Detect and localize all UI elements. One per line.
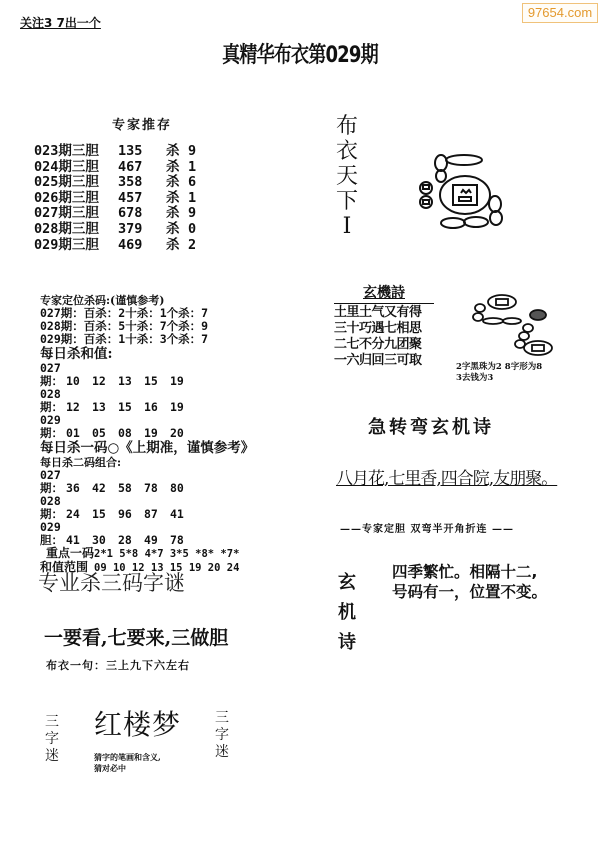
num: 01 — [66, 427, 92, 440]
poem-line: 三十巧遇七相思 — [334, 321, 434, 337]
expert-row: 024期三胆467杀1 — [34, 160, 196, 176]
kill-label: 杀 — [166, 238, 188, 254]
numbers: 135 — [118, 144, 166, 160]
xuanji-line: 四季繁忙。相隔十二, — [392, 562, 547, 582]
positioning-block: 专家定位杀码:(谨慎参考) 027期：百杀：2十杀：1个杀：7 028期：百杀：… — [40, 294, 254, 575]
num: 08 — [118, 427, 144, 440]
kill-number: 1 — [188, 160, 196, 176]
char: 迷 — [214, 744, 230, 761]
two-code-label: 028期： — [40, 495, 66, 521]
kill-label: 杀 — [166, 222, 188, 238]
kill-number: 2 — [188, 238, 196, 254]
period: 025期三胆 — [34, 175, 118, 191]
poem-line: 二七不分九团聚 — [334, 337, 434, 353]
buyi-vertical-title: 布 衣 天 下 I — [334, 114, 360, 239]
char: 迷 — [44, 748, 60, 765]
kill-label: 杀 — [166, 206, 188, 222]
kill-number: 1 — [188, 191, 196, 207]
kill-label: 杀 — [166, 144, 188, 160]
expert-list: 023期三胆135杀9 024期三胆467杀1 025期三胆358杀6 026期… — [34, 144, 196, 253]
two-code-row: 028期：2415968741 — [40, 495, 254, 521]
expert-row: 025期三胆358杀6 — [34, 175, 196, 191]
num: 15 — [144, 375, 170, 388]
num: 36 — [66, 482, 92, 495]
char: 字 — [214, 727, 230, 744]
kill-number: 0 — [188, 222, 196, 238]
num: 30 — [92, 534, 118, 547]
period: 029期三胆 — [34, 238, 118, 254]
num: 16 — [144, 401, 170, 414]
numbers: 469 — [118, 238, 166, 254]
sum-row: 029期：0105081920 — [40, 414, 254, 440]
num: 15 — [118, 401, 144, 414]
char: 布 — [334, 114, 360, 139]
positioning-row: 029期：百杀：1十杀：3个杀：7 — [40, 333, 254, 346]
xuanji-line: 号码有一，位置不变。 — [392, 582, 547, 602]
caption-line: 3去钱为3 — [456, 373, 586, 384]
two-code-label: 029胆： — [40, 521, 66, 547]
poem-line: 土里土气又有得 — [334, 305, 434, 321]
kill-label: 杀 — [166, 160, 188, 176]
top-note: 关注3 7出一个 — [20, 14, 101, 31]
key-code-row: 重点一码2*1 5*8 4*7 3*5 *8* *7* — [40, 547, 254, 561]
num: 20 — [170, 427, 196, 440]
xuanji-vertical-title: 玄 机 诗 — [336, 568, 358, 658]
char: 衣 — [334, 139, 360, 164]
expert-dan-banner: ——专家定胆 双弯半开角折连 —— — [340, 520, 514, 535]
sum-row-label: 029期： — [40, 414, 66, 440]
riddle-left-vertical: 三 字 迷 — [44, 714, 60, 765]
period: 028期三胆 — [34, 222, 118, 238]
num: 80 — [170, 482, 196, 495]
char: 玄 — [336, 568, 358, 598]
expert-row: 028期三胆379杀0 — [34, 222, 196, 238]
chain-puzzle-caption: 2字黑珠为2 8字形为8 3去钱为3 — [456, 362, 586, 384]
num: 78 — [170, 534, 196, 547]
two-code-label: 027期： — [40, 469, 66, 495]
num: 42 — [92, 482, 118, 495]
num: 19 — [170, 375, 196, 388]
sum-row-label: 028期： — [40, 388, 66, 414]
num: 05 — [92, 427, 118, 440]
num: 15 — [92, 508, 118, 521]
expert-row: 027期三胆678杀9 — [34, 206, 196, 222]
num: 87 — [144, 508, 170, 521]
sum-row: 028期：1213151619 — [40, 388, 254, 414]
coin-puzzle-image — [415, 140, 525, 234]
poem-lines: 土里土气又有得 三十巧遇七相思 二七不分九团聚 一六归回三可取 — [334, 305, 434, 369]
watermark-badge: 97654.com — [522, 3, 598, 23]
numbers: 467 — [118, 160, 166, 176]
kill-number: 9 — [188, 144, 196, 160]
key-code-value: 2*1 5*8 4*7 3*5 *8* *7* — [94, 548, 239, 560]
char: 三 — [214, 710, 230, 727]
num: 78 — [144, 482, 170, 495]
riddle-hint: 布衣一句：三上九下六左右 — [46, 657, 190, 673]
hongloumeng-note: 猜字的笔画和含义,猜对必中 — [94, 752, 164, 774]
num: 49 — [144, 534, 170, 547]
num: 12 — [66, 401, 92, 414]
kill-label: 杀 — [166, 175, 188, 191]
numbers: 457 — [118, 191, 166, 207]
two-code-row: 029胆：4130284978 — [40, 521, 254, 547]
char: 机 — [336, 598, 358, 628]
page-title: 真精华布衣第029期 — [54, 38, 546, 69]
key-code-label: 重点一码 — [46, 547, 94, 560]
num: 58 — [118, 482, 144, 495]
num: 28 — [118, 534, 144, 547]
numbers: 358 — [118, 175, 166, 191]
riddle-line: 一要看,七要来,三做胆 — [44, 623, 228, 650]
expert-row: 029期三胆469杀2 — [34, 238, 196, 254]
two-code-row: 027期：3642587880 — [40, 469, 254, 495]
char: 字 — [44, 731, 60, 748]
kill-number: 9 — [188, 206, 196, 222]
xuanji-poem-box: 玄機詩 土里土气又有得 三十巧遇七相思 二七不分九团聚 一六归回三可取 — [334, 282, 434, 369]
poem-title: 玄機詩 — [334, 282, 434, 304]
char: I — [334, 214, 360, 239]
sum-title: 每日杀和值: — [40, 346, 254, 362]
riddle-right-vertical: 三 字 迷 — [214, 710, 230, 761]
two-code-title: 每日杀二码组合: — [40, 456, 254, 469]
num: 24 — [66, 508, 92, 521]
char: 下 — [334, 189, 360, 214]
caption-line: 2字黑珠为2 8字形为8 — [456, 362, 586, 373]
riddle-title: 专业杀三码字谜 — [38, 567, 185, 597]
period: 023期三胆 — [34, 144, 118, 160]
num: 13 — [118, 375, 144, 388]
num: 19 — [144, 427, 170, 440]
chain-puzzle-image — [470, 290, 560, 364]
expert-title: 专家推存 — [112, 114, 172, 133]
sum-row-label: 027期： — [40, 362, 66, 388]
num: 19 — [170, 401, 196, 414]
sum-row: 027期：1012131519 — [40, 362, 254, 388]
period: 027期三胆 — [34, 206, 118, 222]
kill-number: 6 — [188, 175, 196, 191]
brainteaser-line: 八月花,七里香,四合院,友朋聚。 — [336, 464, 557, 489]
xuanji-poem-lines: 四季繁忙。相隔十二, 号码有一，位置不变。 — [392, 562, 547, 602]
char: 三 — [44, 714, 60, 731]
period: 026期三胆 — [34, 191, 118, 207]
num: 12 — [92, 375, 118, 388]
char: 诗 — [336, 628, 358, 658]
num: 10 — [66, 375, 92, 388]
numbers: 678 — [118, 206, 166, 222]
poem-line: 一六归回三可取 — [334, 353, 434, 369]
period: 024期三胆 — [34, 160, 118, 176]
one-code-title: 每日杀一码○《上期准，谨慎参考》 — [40, 440, 254, 456]
expert-row: 023期三胆135杀9 — [34, 144, 196, 160]
char: 天 — [334, 164, 360, 189]
num: 13 — [92, 401, 118, 414]
hongloumeng-title: 红楼梦 — [94, 703, 181, 743]
num: 41 — [170, 508, 196, 521]
num: 96 — [118, 508, 144, 521]
brainteaser-title: 急转弯玄机诗 — [368, 413, 494, 439]
numbers: 379 — [118, 222, 166, 238]
